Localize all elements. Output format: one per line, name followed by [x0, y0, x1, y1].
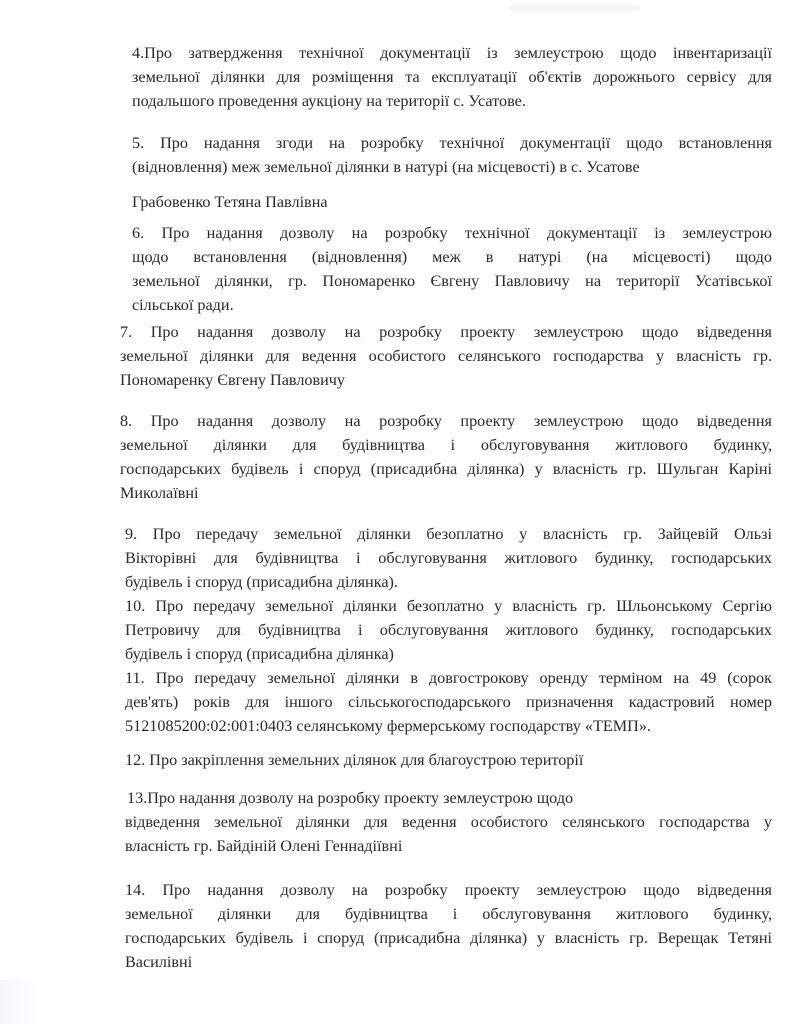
text-line: Миколаївні: [120, 481, 772, 505]
text-line: земельної ділянки для будівництва і обсл…: [125, 902, 772, 926]
text-line: 11. Про передачу земельної ділянки в дов…: [125, 666, 772, 690]
agenda-item-10: 10. Про передачу земельної ділянки безоп…: [125, 594, 772, 666]
text-line: дев'ять) років для іншого сільськогоспод…: [125, 690, 772, 714]
applicant-name: Грабовенко Тетяна Павлівна: [132, 190, 772, 214]
scan-artifact: [510, 5, 640, 11]
text-line: 5121085200:02:001:0403 селянському ферме…: [125, 714, 772, 738]
text-line: Петровичу для будівництва і обслуговуван…: [125, 618, 772, 642]
text-line: господарських будівель і споруд (присади…: [120, 457, 772, 481]
text-line: будівель і споруд (присадибна ділянка): [125, 642, 772, 666]
text-line: Грабовенко Тетяна Павлівна: [132, 190, 772, 214]
text-line: 9. Про передачу земельної ділянки безопл…: [125, 522, 772, 546]
text-line: (відновлення) меж земельної ділянки в на…: [132, 155, 772, 179]
text-line: 12. Про закріплення земельних ділянок дл…: [125, 748, 772, 772]
agenda-item-6: 6. Про надання дозволу на розробку техні…: [132, 221, 772, 317]
text-line: господарських будівель і споруд (присади…: [125, 926, 772, 950]
text-line: земельної ділянки для ведення особистого…: [120, 344, 772, 368]
agenda-item-8: 8. Про надання дозволу на розробку проек…: [120, 409, 772, 505]
text-line: земельної ділянки для будівництва і обсл…: [120, 433, 772, 457]
text-line: Пономаренку Євгену Павловичу: [120, 368, 772, 392]
agenda-item-7: 7. Про надання дозволу на розробку проек…: [120, 320, 772, 392]
agenda-item-4: 4.Про затвердження технічної документаці…: [132, 41, 772, 113]
text-line: земельної ділянки для розміщення та експ…: [132, 65, 772, 89]
text-line: 8. Про надання дозволу на розробку проек…: [120, 409, 772, 433]
text-line: будівель і споруд (присадибна ділянка).: [125, 570, 772, 594]
agenda-item-12: 12. Про закріплення земельних ділянок дл…: [125, 748, 772, 772]
text-line: сільської ради.: [132, 293, 772, 317]
text-line: щодо встановлення (відновлення) меж в на…: [132, 245, 772, 269]
agenda-item-11: 11. Про передачу земельної ділянки в дов…: [125, 666, 772, 738]
agenda-item-13: 13.Про надання дозволу на розробку проек…: [125, 786, 772, 858]
document-page: 4.Про затвердження технічної документаці…: [0, 0, 792, 1024]
agenda-item-5: 5. Про надання згоди на розробку технічн…: [132, 131, 772, 179]
text-line: власність гр. Байдіній Олені Геннадіївні: [125, 834, 772, 858]
scan-artifact: [0, 980, 40, 1024]
text-line: Василівні: [125, 950, 772, 974]
text-line: 13.Про надання дозволу на розробку проек…: [127, 786, 772, 810]
text-line: 5. Про надання згоди на розробку технічн…: [132, 131, 772, 155]
text-line: 7. Про надання дозволу на розробку проек…: [120, 320, 772, 344]
text-line: 6. Про надання дозволу на розробку техні…: [132, 221, 772, 245]
agenda-item-9: 9. Про передачу земельної ділянки безопл…: [125, 522, 772, 594]
text-line: Вікторівні для будівництва і обслуговува…: [125, 546, 772, 570]
text-line: відведення земельної ділянки для ведення…: [125, 810, 772, 834]
text-line: 4.Про затвердження технічної документаці…: [132, 41, 772, 65]
text-line: 10. Про передачу земельної ділянки безоп…: [125, 594, 772, 618]
text-line: 14. Про надання дозволу на розробку прое…: [125, 878, 772, 902]
agenda-item-14: 14. Про надання дозволу на розробку прое…: [125, 878, 772, 974]
text-line: земельної ділянки, гр. Пономаренко Євген…: [132, 269, 772, 293]
text-line: подальшого проведення аукціону на терито…: [132, 89, 772, 113]
